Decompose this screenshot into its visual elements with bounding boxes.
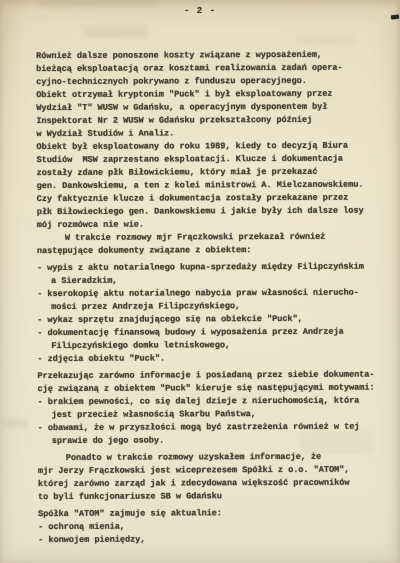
document-page: - 2 - Również dalsze ponoszone koszty zw…	[0, 0, 400, 563]
bleed-through-mark	[296, 36, 354, 44]
bleed-through-mark	[84, 26, 148, 38]
text-line: następujące dokumenty związane z obiekte…	[37, 243, 382, 258]
text-line: - wypis z aktu notarialnego kupna-sprzed…	[37, 260, 382, 275]
text-line: sprawie do jego osoby.	[38, 433, 383, 448]
text-line: Obiekt otrzymał kryptonim "Puck" i był e…	[36, 87, 381, 102]
text-line: - zdjęcia obiektu "Puck".	[37, 351, 382, 366]
text-line: płk Biłowieckiego gen. Dankowskiemu i ja…	[37, 204, 382, 219]
text-line: - konwojem pieniędzy,	[38, 532, 383, 547]
text-line: - kserokopię aktu notarialnego nabycia p…	[37, 286, 382, 301]
page-number: - 2 -	[0, 6, 400, 16]
bleed-through-mark	[2, 418, 28, 428]
document-text: Również dalsze ponoszone koszty związane…	[36, 48, 383, 547]
text-line: której zarówno zarząd jak i zdecydowana …	[38, 476, 383, 491]
text-line: - brakiem pewności, co się dalej dzieje …	[38, 394, 383, 409]
text-line: Studiów MSW zaprzestano eksploatacji. Kl…	[36, 152, 381, 167]
text-line: bieżącą eksploatacją oraz kosztami reali…	[36, 61, 381, 76]
text-line: - obawami, że w przyszłości mogą być zas…	[38, 420, 383, 435]
text-line: - dokumentację finansową budowy i wyposa…	[37, 325, 382, 340]
text-line: to byli funkcjonariusze SB w Gdańsku	[38, 489, 383, 504]
staple-mark	[391, 14, 399, 19]
